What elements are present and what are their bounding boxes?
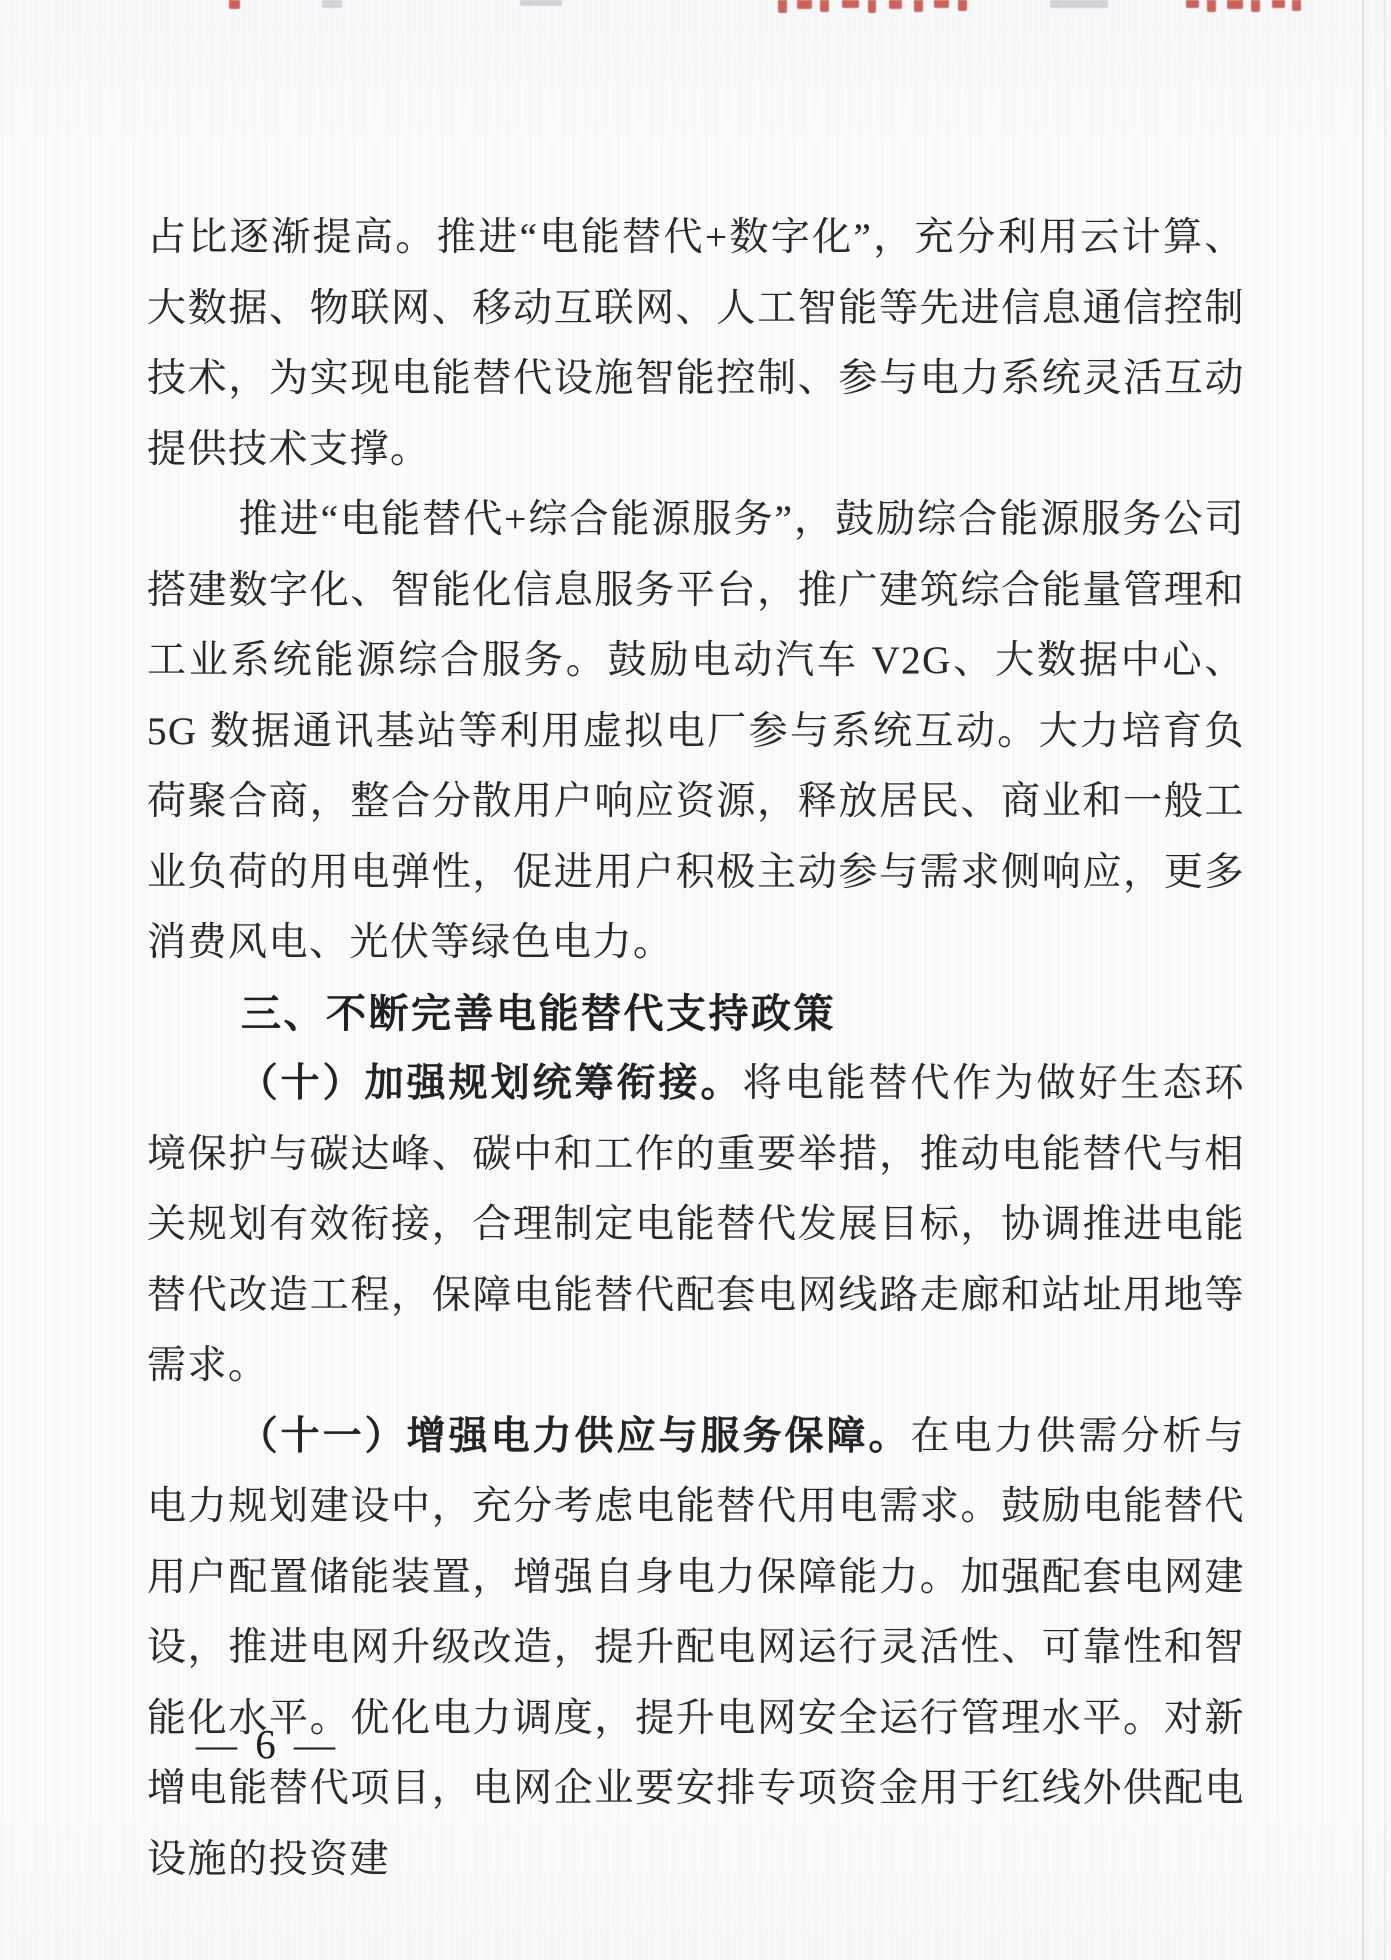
section-heading: 三、不断完善电能替代支持政策 [147, 979, 1245, 1050]
red-ink-artifact [229, 0, 240, 9]
red-ink-artifact [797, 0, 812, 9]
red-ink-artifact [1292, 0, 1301, 11]
scan-smudge [520, 0, 562, 6]
red-ink-artifact [1207, 0, 1216, 12]
clause-10-body: 将电能替代作为做好生态环境保护与碳达峰、碳中和工作的重要举措，推动电能替代与相关… [147, 1062, 1245, 1387]
scan-fold-line [1384, 0, 1386, 1960]
clause-10-lead: （十）加强规划统筹衔接。 [239, 1062, 743, 1105]
red-ink-artifact [1227, 0, 1243, 9]
scan-fold-line [1362, 0, 1364, 1960]
paragraph-clause-11: （十一）增强电力供应与服务保障。在电力供需分析与电力规划建设中，充分考虑电能替代… [147, 1402, 1245, 1896]
scan-smudge [322, 0, 342, 8]
red-ink-artifact [868, 0, 876, 13]
paragraph-continuation: 占比逐渐提高。推进“电能替代+数字化”，充分利用云计算、大数据、物联网、移动互联… [147, 203, 1245, 485]
document-body: 占比逐渐提高。推进“电能替代+数字化”，充分利用云计算、大数据、物联网、移动互联… [147, 203, 1245, 1895]
red-ink-artifact [958, 0, 967, 11]
clause-11-body: 在电力供需分析与电力规划建设中，充分考虑电能替代用电需求。鼓励电能替代用户配置储… [147, 1415, 1245, 1881]
red-ink-artifact [842, 0, 859, 8]
scanned-page: 占比逐渐提高。推进“电能替代+数字化”，充分利用云计算、大数据、物联网、移动互联… [0, 0, 1391, 1960]
red-ink-artifact [820, 0, 829, 12]
red-ink-artifact [1272, 0, 1285, 8]
red-ink-artifact [889, 0, 902, 9]
red-ink-artifact [778, 0, 787, 13]
page-number: — 6 — [196, 1721, 339, 1767]
scan-smudge [1050, 0, 1108, 8]
paragraph-integrated-energy-services: 推进“电能替代+综合能源服务”，鼓励综合能源服务公司搭建数字化、智能化信息服务平… [147, 485, 1245, 979]
clause-11-lead: （十一）增强电力供应与服务保障。 [239, 1415, 911, 1458]
red-ink-artifact [1251, 0, 1260, 12]
red-ink-artifact [914, 0, 923, 12]
red-ink-artifact [934, 0, 949, 8]
red-ink-artifact [1186, 0, 1199, 8]
paragraph-clause-10: （十）加强规划统筹衔接。将电能替代作为做好生态环境保护与碳达峰、碳中和工作的重要… [147, 1049, 1245, 1402]
